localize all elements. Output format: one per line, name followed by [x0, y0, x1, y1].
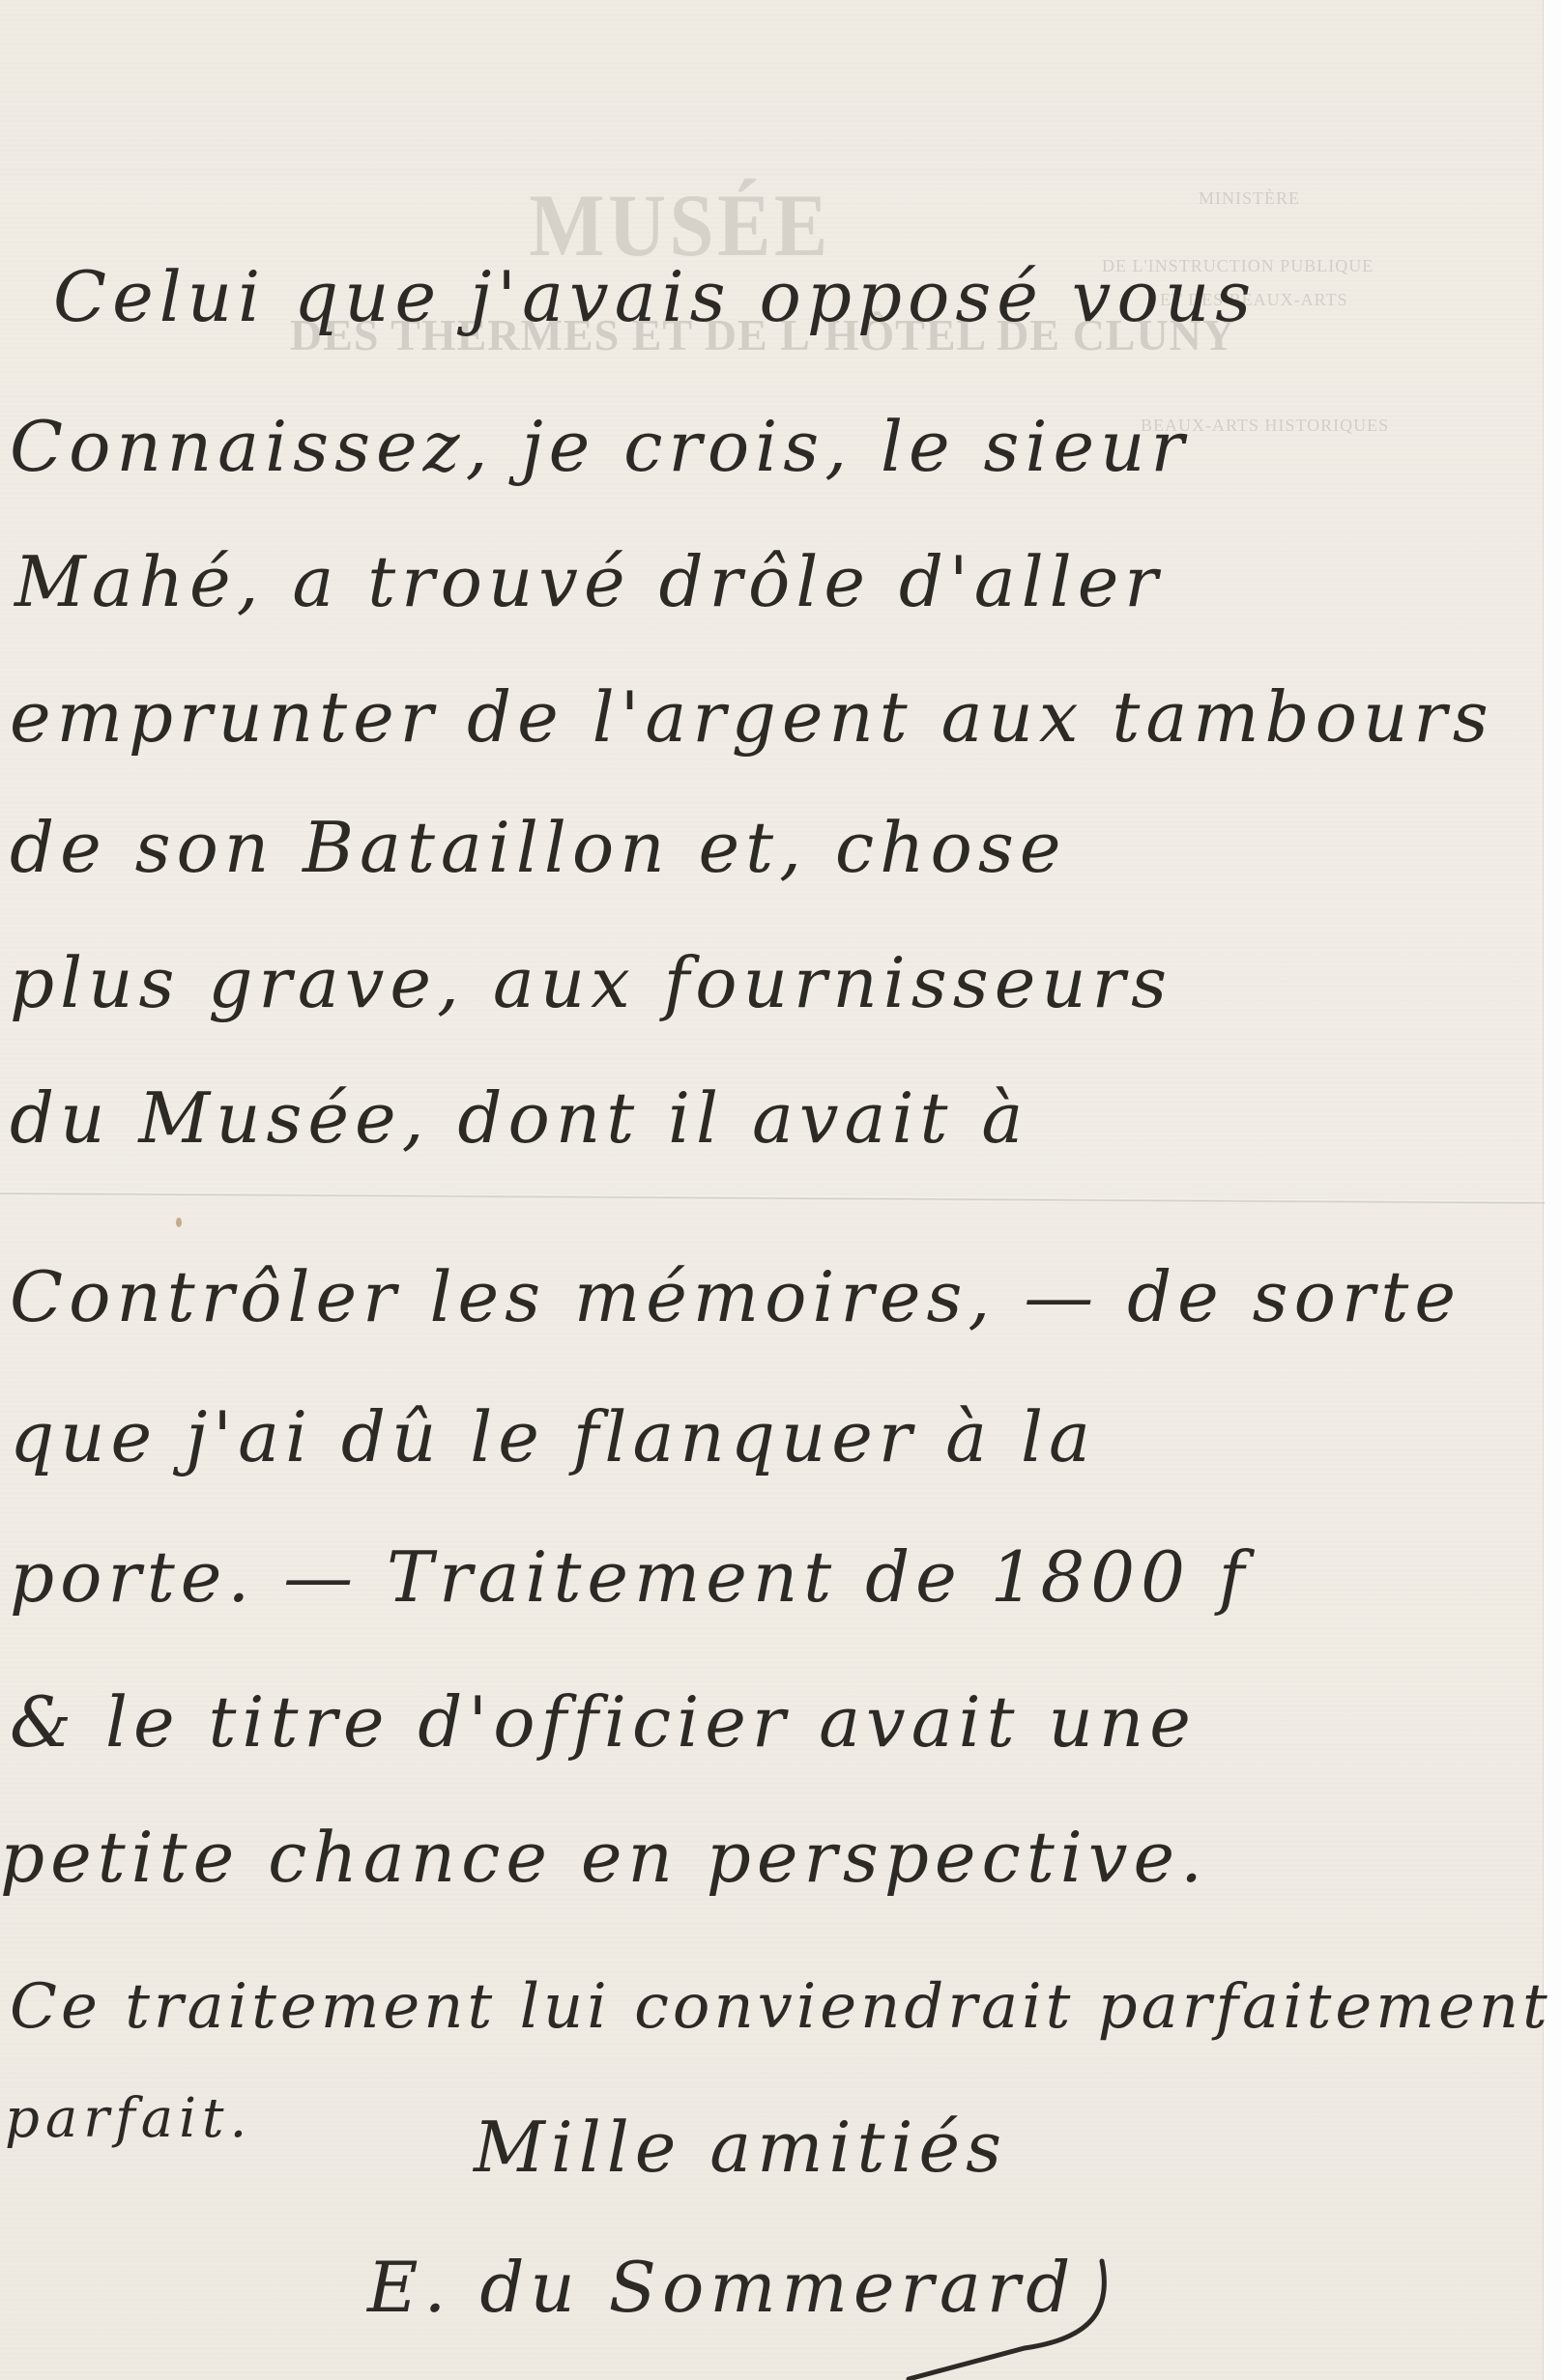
signature-flourish: [0, 0, 1562, 2380]
